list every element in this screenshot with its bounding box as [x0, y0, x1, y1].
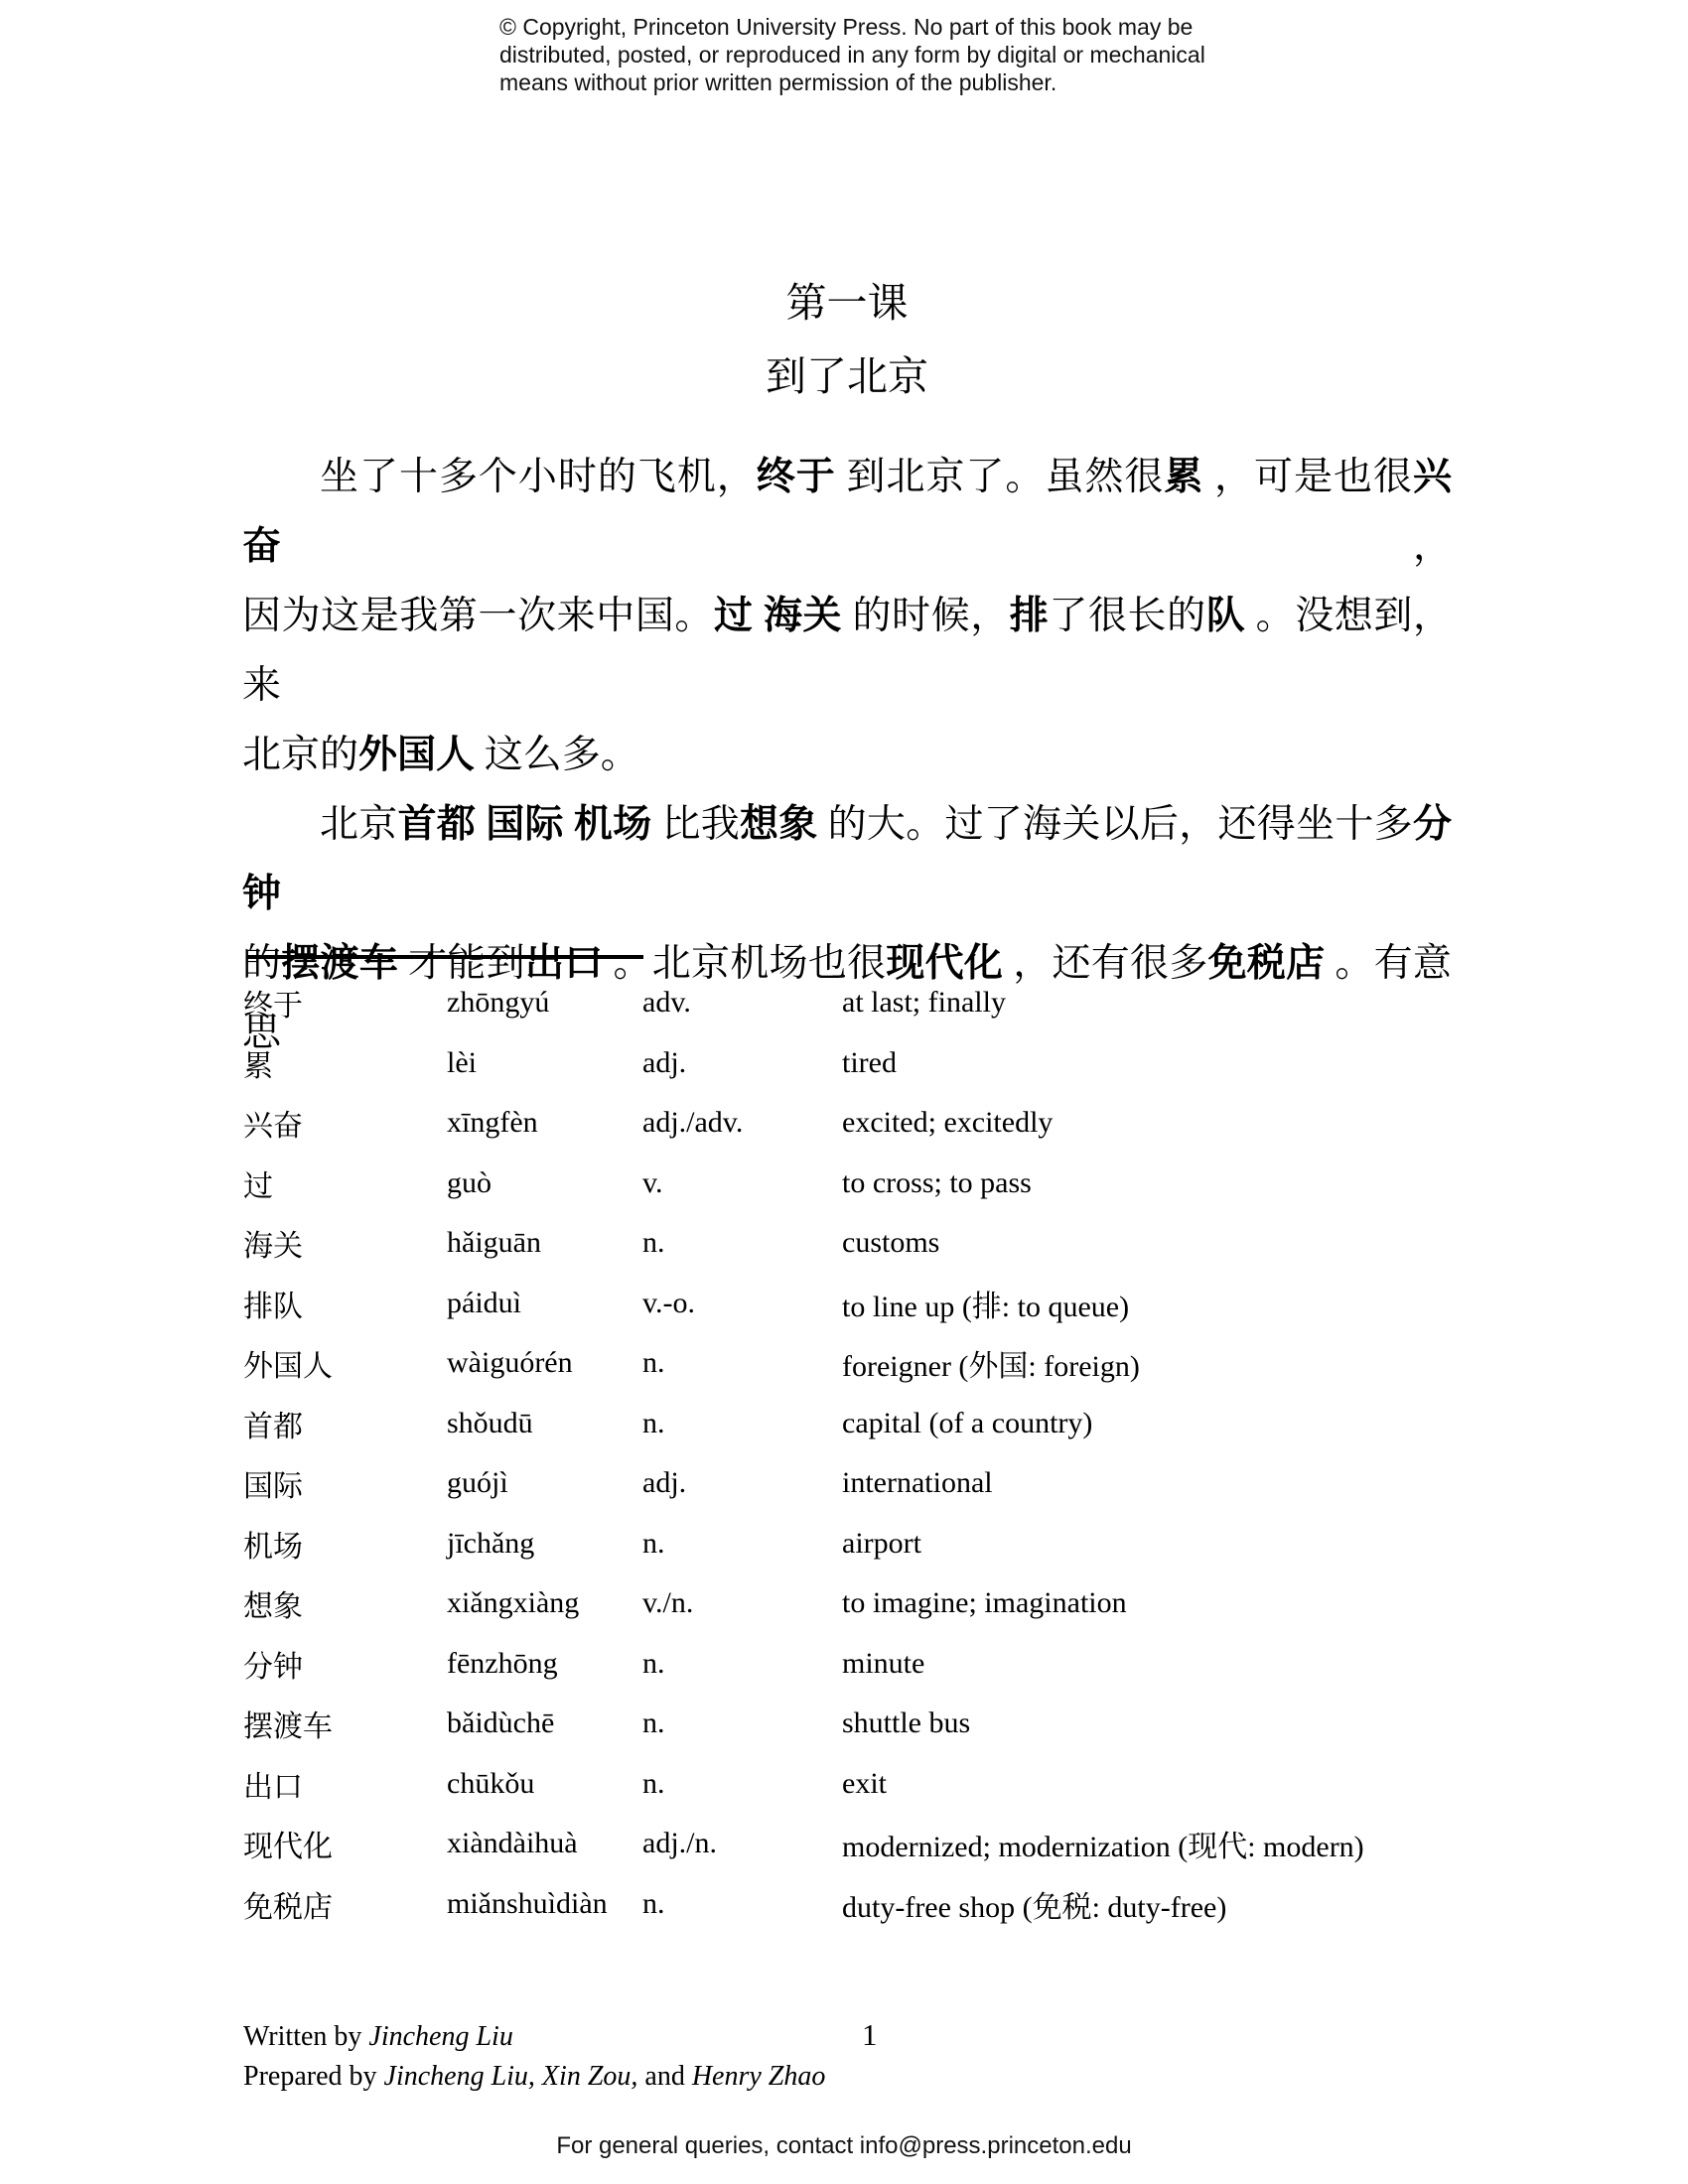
vocab-pos: v.-o. — [642, 1287, 842, 1320]
vocab-pos: v. — [642, 1166, 842, 1200]
story-text — [754, 595, 764, 637]
vocab-row: 首都shǒudūn.capital (of a country) — [243, 1394, 1465, 1454]
copyright-line: © Copyright, Princeton University Press.… — [499, 13, 1205, 41]
vocab-pinyin: xīngfèn — [447, 1106, 642, 1140]
vocab-meaning: excited; excitedly — [842, 1106, 1465, 1140]
vocab-pinyin: chūkǒu — [447, 1767, 642, 1801]
vocab-meaning: capital (of a country) — [842, 1407, 1465, 1440]
vocab-word-highlight: 过 — [714, 595, 754, 637]
vocab-meaning: international — [842, 1466, 1465, 1500]
vocab-pinyin: xiǎngxiàng — [447, 1586, 642, 1620]
page: © Copyright, Princeton University Press.… — [0, 0, 1688, 2184]
copyright-line: means without prior written permission o… — [499, 68, 1205, 96]
vocab-word-highlight: 排 — [1010, 595, 1050, 637]
vocab-pos: adj./n. — [642, 1827, 842, 1860]
vocab-meaning: at last; finally — [842, 986, 1465, 1020]
vocab-hanzi: 免税店 — [243, 1882, 447, 1926]
vocab-hanzi: 兴奋 — [243, 1101, 447, 1145]
vocab-row: 现代化xiàndàihuàadj./n.modernized; moderniz… — [243, 1814, 1465, 1874]
story-text: 到北京了。虽然很 — [836, 456, 1165, 498]
vocab-meaning: shuttle bus — [842, 1706, 1465, 1740]
vocab-row: 机场jīchǎngn.airport — [243, 1514, 1465, 1574]
vocab-pinyin: shǒudū — [447, 1407, 642, 1440]
vocab-meaning: foreigner (外国: foreign) — [842, 1341, 1465, 1385]
vocab-row: 兴奋xīngfènadj./adv.excited; excitedly — [243, 1093, 1465, 1154]
footer-text: and — [637, 2061, 691, 2092]
vocab-hanzi: 终于 — [243, 981, 447, 1024]
story-text: 的大。过了海关以后，还得坐十多 — [818, 803, 1413, 846]
vocab-pos: adj. — [642, 1046, 842, 1080]
story-line: 北京首都 国际 机场 比我想象 的大。过了海关以后，还得坐十多分钟 — [242, 790, 1452, 929]
story-text — [564, 803, 574, 846]
vocab-pos: n. — [642, 1407, 842, 1440]
lesson-subtitle: 到了北京 — [242, 340, 1452, 413]
vocab-pinyin: guò — [447, 1166, 642, 1200]
vocab-pos: n. — [642, 1527, 842, 1561]
story-text: 的时候， — [842, 595, 1010, 637]
vocab-hanzi: 首都 — [243, 1402, 447, 1445]
vocab-pos: v./n. — [642, 1586, 842, 1620]
vocab-word-highlight: 终于 — [757, 456, 836, 498]
author-name: Jincheng Liu — [368, 2021, 512, 2052]
vocab-hanzi: 国际 — [243, 1461, 447, 1505]
vocab-pos: adv. — [642, 986, 842, 1020]
vocab-row: 过guòv.to cross; to pass — [243, 1154, 1465, 1214]
vocab-pinyin: zhōngyú — [447, 986, 642, 1020]
story-text: ， — [842, 525, 1452, 568]
vocab-meaning: duty-free shop (免税: duty-free) — [842, 1882, 1465, 1926]
story-text: 北京 — [320, 803, 398, 846]
story-text — [476, 803, 486, 846]
contact-line: For general queries, contact info@press.… — [0, 2132, 1688, 2160]
story-text: 坐了十多个小时的飞机， — [320, 456, 757, 498]
vocab-pos: n. — [642, 1767, 842, 1801]
vocab-pinyin: páiduì — [447, 1287, 642, 1320]
vocab-meaning: exit — [842, 1767, 1465, 1801]
vocab-hanzi: 分钟 — [243, 1642, 447, 1686]
author-name: Jincheng Liu, Xin Zou, — [384, 2061, 638, 2092]
vocab-row: 免税店miǎnshuìdiànn.duty-free shop (免税: dut… — [243, 1874, 1465, 1935]
story-text: 比我 — [651, 803, 740, 846]
vocab-hanzi: 海关 — [243, 1221, 447, 1265]
vocab-pos: adj. — [642, 1466, 842, 1500]
vocab-meaning: customs — [842, 1226, 1465, 1260]
vocab-pinyin: jīchǎng — [447, 1527, 642, 1561]
vocab-hanzi: 过 — [243, 1161, 447, 1205]
copyright-notice: © Copyright, Princeton University Press.… — [499, 13, 1205, 96]
vocab-word-highlight: 外国人 — [358, 734, 475, 776]
story-text: 了很长的 — [1049, 595, 1205, 637]
vocab-pinyin: xiàndàihuà — [447, 1827, 642, 1860]
vocab-pos: n. — [642, 1887, 842, 1921]
footer: Written by Jincheng Liu Prepared by Jinc… — [243, 2017, 825, 2097]
footer-text: Written by — [243, 2021, 368, 2052]
vocab-row: 分钟fēnzhōngn.minute — [243, 1634, 1465, 1695]
vocab-meaning: to imagine; imagination — [842, 1586, 1465, 1620]
vocab-row: 海关hǎiguānn.customs — [243, 1213, 1465, 1274]
vocab-meaning: to line up (排: to queue) — [842, 1282, 1465, 1325]
vocab-row: 排队páiduìv.-o.to line up (排: to queue) — [243, 1274, 1465, 1334]
vocab-row: 终于zhōngyúadv.at last; finally — [243, 973, 1465, 1033]
vocab-meaning: to cross; to pass — [842, 1166, 1465, 1200]
vocab-hanzi: 出口 — [243, 1762, 447, 1806]
footer-written-by: Written by Jincheng Liu — [243, 2017, 825, 2057]
vocab-pinyin: hǎiguān — [447, 1226, 642, 1260]
vocab-pos: adj./adv. — [642, 1106, 842, 1140]
vocab-word-highlight: 海关 — [764, 595, 842, 637]
story-line: 坐了十多个小时的飞机，终于 到北京了。虽然很累 ，可是也很兴奋 ， — [242, 443, 1452, 582]
story-line: 北京的外国人 这么多。 — [242, 721, 1452, 790]
story-text: 北京的 — [242, 734, 358, 776]
vocab-word-highlight: 队 — [1206, 595, 1246, 637]
vocab-row: 累lèiadj.tired — [243, 1033, 1465, 1094]
footer-prepared-by: Prepared by Jincheng Liu, Xin Zou, and H… — [243, 2057, 825, 2097]
vocab-word-highlight: 首都 — [398, 803, 477, 846]
vocab-row: 摆渡车bǎidùchēn.shuttle bus — [243, 1694, 1465, 1754]
vocab-pos: n. — [642, 1226, 842, 1260]
page-number: 1 — [862, 2017, 878, 2053]
vocab-hanzi: 现代化 — [243, 1822, 447, 1865]
vocab-pos: n. — [642, 1706, 842, 1740]
vocab-hanzi: 想象 — [243, 1581, 447, 1625]
vocab-pinyin: miǎnshuìdiàn — [447, 1887, 642, 1921]
title-block: 第一课 到了北京 — [242, 266, 1452, 413]
vocab-pinyin: lèi — [447, 1046, 642, 1080]
vocab-row: 外国人wàiguórénn.foreigner (外国: foreign) — [243, 1333, 1465, 1394]
story-text: 因为这是我第一次来中国。 — [242, 595, 714, 637]
copyright-line: distributed, posted, or reproduced in an… — [499, 41, 1205, 68]
vocab-pos: n. — [642, 1647, 842, 1681]
vocab-hanzi: 排队 — [243, 1282, 447, 1325]
vocab-row: 想象xiǎngxiàngv./n.to imagine; imagination — [243, 1573, 1465, 1634]
story-line: 因为这是我第一次来中国。过 海关 的时候，排了很长的队 。没想到，来 — [242, 582, 1452, 721]
vocab-pinyin: wàiguórén — [447, 1346, 642, 1380]
vocab-word-highlight: 国际 — [486, 803, 564, 846]
vocab-hanzi: 外国人 — [243, 1341, 447, 1385]
vocab-pinyin: fēnzhōng — [447, 1647, 642, 1681]
footer-text: Prepared by — [243, 2061, 384, 2092]
vocab-hanzi: 机场 — [243, 1522, 447, 1566]
vocab-table: 终于zhōngyúadv.at last; finally累lèiadj.tir… — [243, 973, 1465, 1934]
vocab-row: 国际guójìadj.international — [243, 1453, 1465, 1514]
vocab-pinyin: bǎidùchē — [447, 1706, 642, 1740]
vocab-row: 出口chūkǒun.exit — [243, 1754, 1465, 1815]
vocab-word-highlight: 累 — [1164, 456, 1203, 498]
vocab-meaning: tired — [842, 1046, 1465, 1080]
vocab-meaning: minute — [842, 1647, 1465, 1681]
vocab-hanzi: 摆渡车 — [243, 1702, 447, 1745]
vocab-meaning: modernized; modernization (现代: modern) — [842, 1822, 1465, 1865]
vocab-word-highlight: 机场 — [574, 803, 652, 846]
vocab-word-highlight: 想象 — [740, 803, 818, 846]
lesson-title: 第一课 — [242, 266, 1452, 340]
vocab-pinyin: guójì — [447, 1466, 642, 1500]
vocab-meaning: airport — [842, 1527, 1465, 1561]
story-text: ，可是也很 — [1203, 456, 1413, 498]
story-text: 这么多。 — [475, 734, 639, 776]
footnote-separator — [247, 955, 643, 959]
vocab-hanzi: 累 — [243, 1041, 447, 1085]
author-name: Henry Zhao — [692, 2061, 826, 2092]
vocab-pos: n. — [642, 1346, 842, 1380]
